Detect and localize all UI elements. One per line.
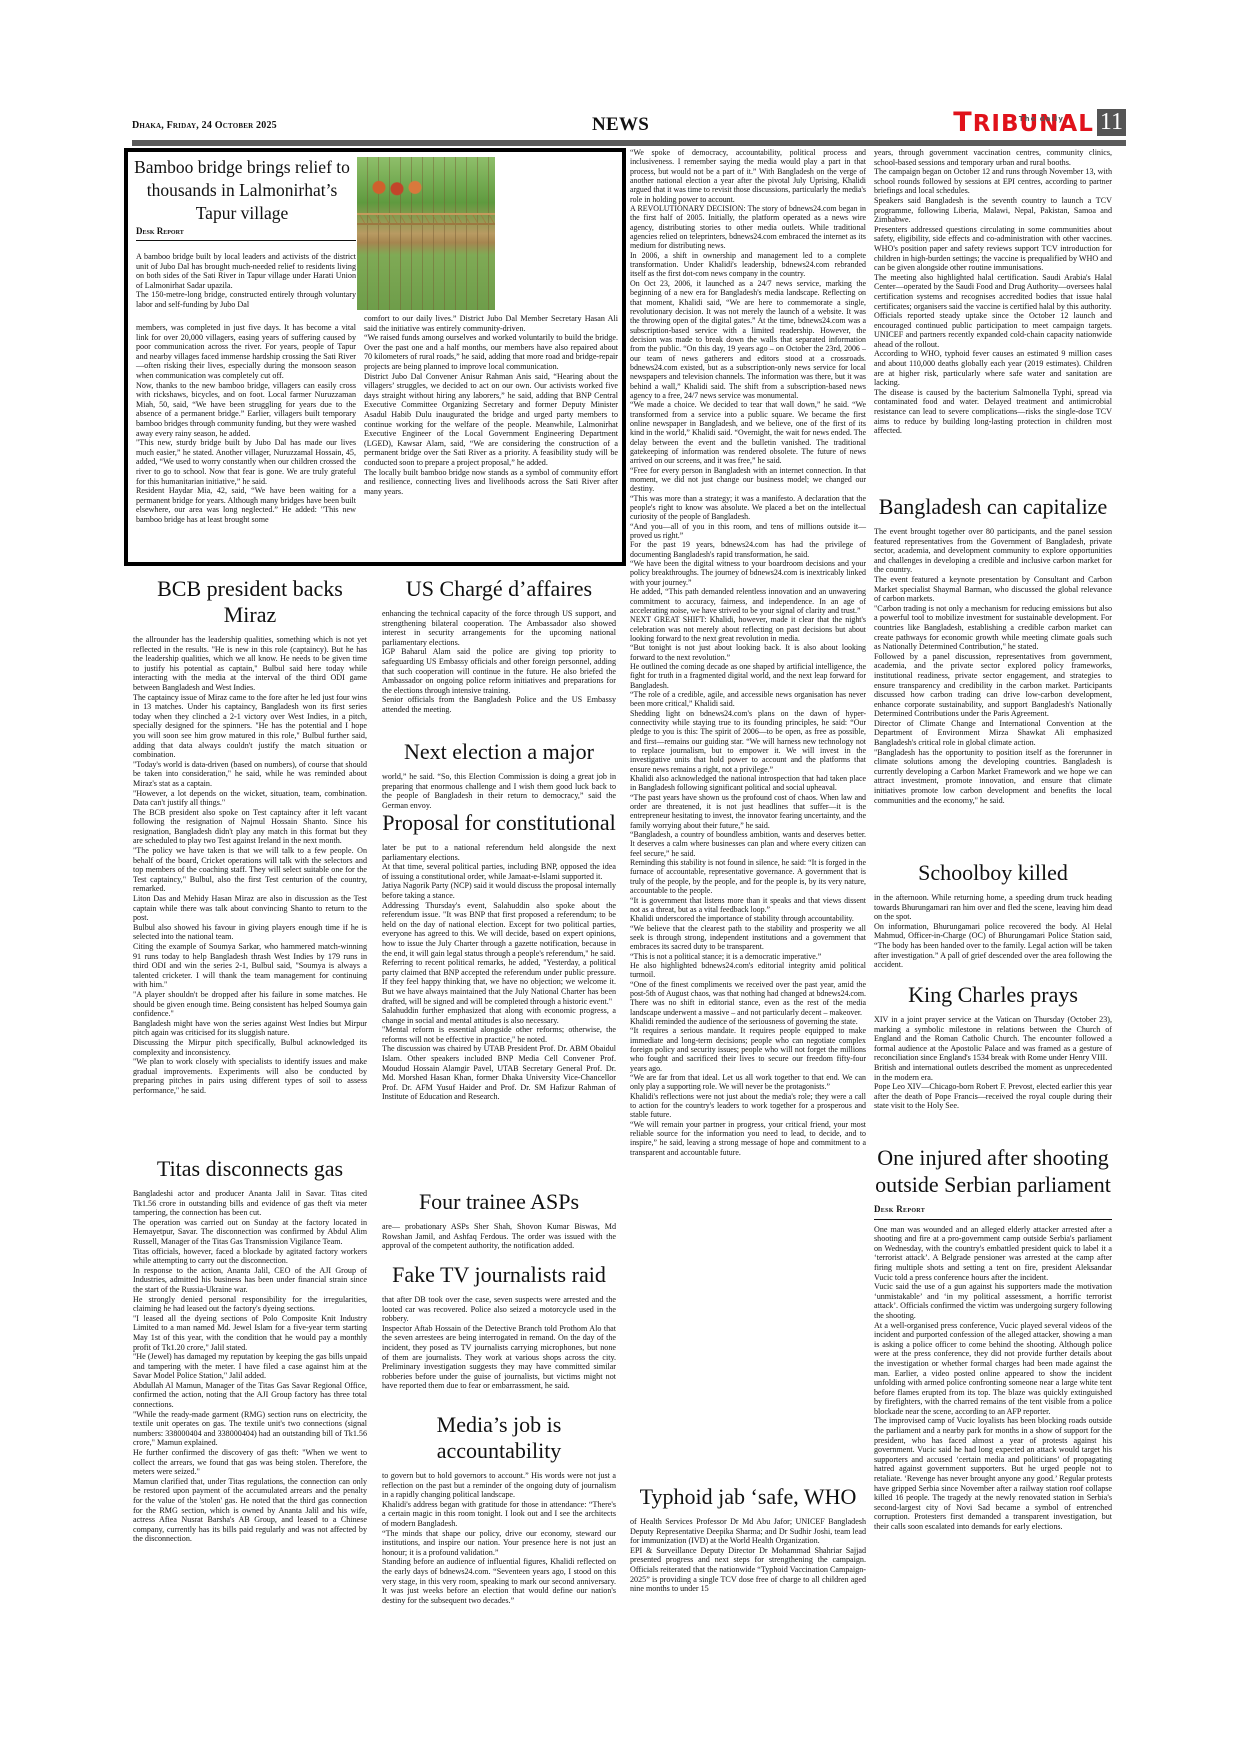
paragraph: “We have been the digital witness to you… [630, 559, 866, 587]
article-king-charles: King Charles prays XIV in a joint prayer… [874, 978, 1112, 1111]
paragraph: On information, Bhurungamari police reco… [874, 922, 1112, 970]
paragraph: members, was completed in just five days… [136, 323, 356, 381]
paragraph: "Carbon trading is not only a mechanism … [874, 604, 1112, 652]
paragraph: On Oct 23, 2006, it launched as a 24/7 n… [630, 279, 866, 400]
paragraph: Reminding this stability is not found in… [630, 858, 866, 895]
masthead: Dhaka, Friday, 24 October 2025 NEWS The … [132, 106, 1126, 138]
paragraph: The discussion was chaired by UTAB Presi… [382, 1044, 616, 1102]
paragraph: "We plan to work closely with specialist… [133, 1057, 367, 1095]
article-typhoid-continued: years, through government vaccination ce… [874, 148, 1112, 436]
photo-bridge-rail [357, 213, 495, 225]
article-bdnews-continued: “We spoke of democracy, accountability, … [630, 148, 866, 1157]
paragraph: in the afternoon. While returning home, … [874, 893, 1112, 922]
headline: Typhoid jab ‘safe, WHO [630, 1484, 866, 1510]
article-carbon: Bangladesh can capitalize The event brou… [874, 490, 1112, 805]
article-bcb: BCB president backs Miraz the allrounder… [133, 572, 367, 1096]
section-name: NEWS [592, 114, 649, 136]
paragraph: Speakers said Bangladesh is the seventh … [874, 196, 1112, 225]
paragraph: Vucic said the use of a gun against his … [874, 1282, 1112, 1320]
paragraph: “We made a choice. We decided to tear th… [630, 400, 866, 465]
paragraph: Officials reported steady uptake since t… [874, 311, 1112, 349]
headline: Bamboo bridge brings relief to thousands… [133, 156, 351, 225]
paragraph: In 2006, a shift in ownership and manage… [630, 251, 866, 279]
paragraph: He strongly denied personal responsibili… [133, 1295, 367, 1314]
article-titas: Titas disconnects gas Bangladeshi actor … [133, 1152, 367, 1544]
article-media-job: Media’s job is accountability to govern … [382, 1408, 616, 1605]
paragraph: later be put to a national referendum he… [382, 843, 616, 862]
dateline: Dhaka, Friday, 24 October 2025 [132, 120, 277, 131]
feature-text-left: A bamboo bridge built by local leaders a… [136, 252, 356, 310]
paragraph: The 150-metre-long bridge, constructed e… [136, 290, 356, 309]
paragraph: The event featured a keynote presentatio… [874, 575, 1112, 604]
paragraph: “It is government that listens more than… [630, 896, 866, 915]
feature-text-right: comfort to our daily lives.” District Ju… [364, 314, 618, 496]
paragraph: "While the ready-made garment (RMG) sect… [133, 1410, 367, 1448]
paragraph: to govern but to hold governors to accou… [382, 1471, 616, 1500]
paragraph: At that time, several political parties,… [382, 862, 616, 881]
paragraph: “Free for every person in Bangladesh wit… [630, 466, 866, 494]
paragraph: “The past years have shown us the profou… [630, 793, 866, 830]
paragraph: He outlined the coming decade as one sha… [630, 662, 866, 690]
paragraph: District Jubo Dal Convener Anisur Rahman… [364, 372, 618, 468]
paragraph: The locally built bamboo bridge now stan… [364, 468, 618, 497]
headline: Titas disconnects gas [133, 1156, 367, 1182]
paragraph: “But tonight is not just about looking b… [630, 643, 866, 662]
paragraph: Khalidi reminded the audience of the ser… [630, 1017, 866, 1026]
paragraph: “We are far from that ideal. Let us all … [630, 1073, 866, 1092]
paragraph: “And you—all of you in this room, and te… [630, 522, 866, 541]
paragraph: Titas officials, however, faced a blocka… [133, 1247, 367, 1266]
paragraph: Jatiya Nagorik Party (NCP) said it would… [382, 881, 616, 900]
paragraph: The event brought together over 80 parti… [874, 527, 1112, 575]
headline: US Chargé d’affaires [382, 576, 616, 602]
paragraph: According to WHO, typhoid fever causes a… [874, 349, 1112, 387]
paragraph: Bangladesh might have won the series aga… [133, 1019, 367, 1038]
paragraph: of Health Services Professor Dr Md Abu J… [630, 1517, 866, 1546]
headline: Four trainee ASPs [382, 1189, 616, 1215]
paragraph: Director of Climate Change and Internati… [874, 719, 1112, 748]
headline: BCB president backs Miraz [133, 576, 367, 628]
paragraph: "The policy we have taken is that we wil… [133, 846, 367, 894]
paragraph: The improvised camp of Vucic loyalists h… [874, 1416, 1112, 1531]
paragraph: The captaincy issue of Miraz came to the… [133, 693, 367, 760]
headline: Schoolboy killed [874, 860, 1112, 886]
newspaper-page: Dhaka, Friday, 24 October 2025 NEWS The … [0, 0, 1241, 1754]
logo-first-letter: T [953, 107, 972, 138]
paragraph: the allrounder has the leadership qualit… [133, 635, 367, 693]
paragraph: Khalidi's address began with gratitude f… [382, 1500, 616, 1529]
article-serbia: One injured after shooting outside Serbi… [874, 1140, 1112, 1532]
photo-people [367, 179, 427, 207]
paragraph: Khalidi's reflections were not just abou… [630, 1092, 866, 1120]
article-schoolboy: Schoolboy killed in the afternoon. While… [874, 856, 1112, 970]
paragraph: “It requires a serious mandate. It requi… [630, 1026, 866, 1073]
paragraph: Standing before an audience of influenti… [382, 1557, 616, 1605]
paragraph: "Mental reform is essential alongside ot… [382, 1025, 616, 1044]
paragraph: "I leased all the dyeing sections of Pol… [133, 1314, 367, 1352]
paragraph: At a well-organised press conference, Vu… [874, 1321, 1112, 1417]
paragraph: are— probationary ASPs Sher Shah, Shovon… [382, 1222, 616, 1251]
paragraph: years, through government vaccination ce… [874, 148, 1112, 167]
paragraph: "Bangladesh has the opportunity to posit… [874, 748, 1112, 806]
headline: King Charles prays [874, 982, 1112, 1008]
paragraph: “The minds that shape our policy, drive … [382, 1529, 616, 1558]
paragraph: Pope Leo XIV—Chicago-born Robert F. Prev… [874, 1082, 1112, 1111]
paragraph: Senior officials from the Bangladesh Pol… [382, 695, 616, 714]
headline: Proposal for constitutional [382, 810, 616, 836]
paragraph: Mamun clarified that, under Titas regula… [133, 1477, 367, 1544]
paragraph: Bangladeshi actor and producer Ananta Ja… [133, 1189, 367, 1218]
paragraph: "He (Jewel) has damaged my reputation by… [133, 1352, 367, 1381]
logo-wordmark: The daily TRIBUNAL [953, 111, 1094, 136]
logo-the-daily: The daily [1019, 107, 1064, 131]
paragraph: XIV in a joint prayer service at the Vat… [874, 1015, 1112, 1063]
paragraph: Discussing the Mirpur pitch specifically… [133, 1038, 367, 1057]
paragraph: British and international outlets descri… [874, 1063, 1112, 1082]
paragraph: IGP Baharul Alam said the police are giv… [382, 647, 616, 695]
article-fake-tv: Fake TV journalists raid that after DB t… [382, 1258, 616, 1391]
paragraph: The BCB president also spoke on Test cap… [133, 808, 367, 846]
paragraph: "However, a lot depends on the wicket, s… [133, 789, 367, 808]
paragraph: "Today's world is data-driven (based on … [133, 760, 367, 789]
paragraph: EPI & Surveillance Deputy Director Dr Mo… [630, 1546, 866, 1594]
headline: Next election a major [382, 739, 616, 765]
headline: Fake TV journalists raid [382, 1262, 616, 1288]
paragraph: “This was more than a strategy; it was a… [630, 494, 866, 522]
feature-box-bamboo-bridge: Bamboo bridge brings relief to thousands… [124, 148, 626, 566]
paragraph: He also highlighted bdnews24.com's edito… [630, 961, 866, 980]
paragraph: “We spoke of democracy, accountability, … [630, 148, 866, 204]
paragraph: Liton Das and Mehidy Hasan Miraz are als… [133, 894, 367, 923]
paragraph: Khalidi underscored the importance of st… [630, 914, 866, 923]
article-us-charge: US Chargé d’affaires enhancing the techn… [382, 572, 616, 715]
page-number: 11 [1097, 109, 1126, 136]
paragraph: Bulbul also showed his favour in giving … [133, 923, 367, 942]
paragraph: “We believe that the clearest path to th… [630, 924, 866, 952]
headline: Media’s job is accountability [382, 1412, 616, 1464]
paragraph: For the past 19 years, bdnews24.com has … [630, 540, 866, 559]
paragraph: Citing the example of Soumya Sarkar, who… [133, 942, 367, 990]
masthead-rule [132, 140, 1126, 146]
article-proposal: Proposal for constitutional later be put… [382, 806, 616, 1102]
paragraph: “One of the finest compliments we receiv… [630, 980, 866, 1017]
byline: Desk Report [874, 1205, 1112, 1220]
paragraph: "This new, sturdy bridge built by Jubo D… [136, 438, 356, 486]
paragraph: Resident Haydar Mia, 42, said, “We have … [136, 486, 356, 524]
paragraph: Abdullah Al Mamun, Manager of the Titas … [133, 1381, 367, 1410]
paragraph: world,” he said. “So, this Election Comm… [382, 772, 616, 810]
paragraph: comfort to our daily lives.” District Ju… [364, 314, 618, 333]
paragraph: One man was wounded and an alleged elder… [874, 1225, 1112, 1283]
paragraph: The disease is caused by the bacterium S… [874, 388, 1112, 436]
paragraph: A bamboo bridge built by local leaders a… [136, 252, 356, 290]
paragraph: Referring to recent political remarks, h… [382, 958, 616, 1006]
paragraph: “Bangladesh, a country of boundless ambi… [630, 830, 866, 858]
bamboo-bridge-photo [357, 157, 495, 310]
paragraph: Now, thanks to the new bamboo bridge, vi… [136, 381, 356, 439]
article-typhoid: Typhoid jab ‘safe, WHO of Health Service… [630, 1480, 866, 1594]
feature-text-under: members, was completed in just five days… [136, 323, 356, 524]
paragraph: “We will remain your partner in progress… [630, 1120, 866, 1157]
paragraph: Addressing Thursday's event, Salahuddin … [382, 901, 616, 959]
paragraph: Khalidi also acknowledged the national i… [630, 774, 866, 793]
paragraph: "A player shouldn't be dropped after his… [133, 990, 367, 1019]
paragraph: “This is not a political stance; it is a… [630, 952, 866, 961]
article-next-election: Next election a major world,” he said. “… [382, 735, 616, 810]
paragraph: that after DB took over the case, seven … [382, 1295, 616, 1324]
paragraph: Inspector Aftab Hossain of the Detective… [382, 1324, 616, 1391]
paragraph: Salahuddin further emphasized that along… [382, 1006, 616, 1025]
headline: Bangladesh can capitalize [874, 494, 1112, 520]
paragraph: “The role of a credible, agile, and acce… [630, 690, 866, 709]
paragraph: A REVOLUTIONARY DECISION: The story of b… [630, 204, 866, 251]
paragraph: He further confirmed the discovery of ga… [133, 1448, 367, 1477]
tribunal-logo: The daily TRIBUNAL 11 [953, 106, 1126, 136]
paragraph: “We raised funds among ourselves and wor… [364, 333, 618, 371]
headline: One injured after shooting outside Serbi… [874, 1144, 1112, 1198]
article-trainee-asps: Four trainee ASPs are— probationary ASPs… [382, 1185, 616, 1251]
paragraph: Shedding light on bdnews24.com's plans o… [630, 709, 866, 774]
byline: Desk Report [136, 226, 356, 241]
paragraph: enhancing the technical capacity of the … [382, 609, 616, 647]
paragraph: The campaign began on October 12 and run… [874, 167, 1112, 196]
paragraph: He added, “This path demanded relentless… [630, 587, 866, 615]
paragraph: Presenters addressed questions circulati… [874, 225, 1112, 273]
paragraph: In response to the action, Ananta Jalil,… [133, 1266, 367, 1295]
paragraph: The operation was carried out on Sunday … [133, 1218, 367, 1247]
paragraph: Followed by a panel discussion, represen… [874, 652, 1112, 719]
paragraph: The meeting also highlighted halal certi… [874, 273, 1112, 311]
paragraph: NEXT GREAT SHIFT: Khalidi, however, made… [630, 615, 866, 643]
